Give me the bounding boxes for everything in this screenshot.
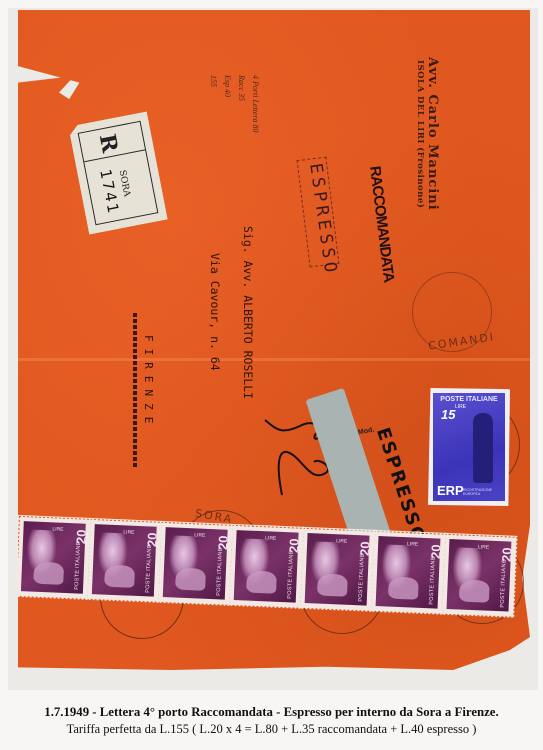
pencil-note: 4 Porti Lettera 80 [248, 75, 262, 133]
stamp-20-lire: LIRE20POSTE ITALIANE [230, 526, 303, 607]
pencil-note: Esp 40 [220, 75, 234, 133]
hand-icon [317, 574, 348, 597]
erp-stamp-brand: ERP [437, 483, 464, 498]
hand-icon [175, 568, 206, 591]
addressee-street: Via Cavour, n. 64 [208, 253, 222, 371]
registration-letter: R [94, 132, 123, 155]
caption-rate: Tariffa perfetta da L.155 ( L.20 x 4 = L… [0, 722, 543, 737]
stamp-issuer: POSTE ITALIANE [358, 553, 366, 602]
sender-address-stamp: ISOLA DEL LIRI (Frosinone) [415, 60, 425, 208]
addressee-name: Sig. Avv. ALBERTO ROSELLI [241, 226, 255, 399]
erp-stamp-value: 15 [441, 407, 455, 422]
stamp-image: LIRE20POSTE ITALIANE [376, 536, 441, 609]
envelope-fold [18, 358, 530, 361]
stamp-issuer: POSTE ITALIANE [74, 541, 82, 590]
hand-icon [459, 579, 490, 602]
addressee-city: FIRENZE [142, 335, 155, 430]
stamp-currency: LIRE [194, 532, 205, 538]
underline-dashes [133, 313, 137, 468]
stamp-20-lire: LIRE20POSTE ITALIANE [88, 520, 161, 601]
erp-stamp-subtitle: RICOSTRUZIONE EUROPEA [463, 488, 505, 496]
pencil-note: 155 [206, 75, 220, 133]
hand-icon [388, 576, 419, 599]
stamp-image: LIRE20POSTE ITALIANE [305, 533, 370, 606]
stamp-image: LIRE20POSTE ITALIANE [92, 524, 157, 597]
stamp-issuer: POSTE ITALIANE [216, 547, 224, 596]
pencil-note: Racc 35 [234, 75, 248, 133]
worker-figure-icon [473, 413, 493, 483]
hand-icon [104, 565, 135, 588]
stamp-issuer: POSTE ITALIANE [287, 550, 295, 599]
stamp-20-lire: LIRE20POSTE ITALIANE [17, 517, 90, 598]
stamp-image: LIRE20POSTE ITALIANE [21, 521, 86, 594]
stamp-image: LIRE20POSTE ITALIANE [447, 539, 512, 612]
stamp-issuer: POSTE ITALIANE [429, 556, 437, 605]
stamp-20-lire: LIRE20POSTE ITALIANE [371, 532, 444, 613]
stamp-currency: LIRE [407, 541, 418, 547]
hand-icon [33, 562, 64, 585]
stamp-image: LIRE20POSTE ITALIANE [163, 527, 228, 600]
stamp-20-lire: LIRE20POSTE ITALIANE [442, 535, 515, 616]
stamp-20-lire: LIRE20POSTE ITALIANE [300, 529, 373, 610]
hand-icon [246, 571, 277, 594]
stamp-currency: LIRE [265, 535, 276, 541]
stamp-issuer: POSTE ITALIANE [500, 559, 508, 608]
pencil-rate-notes: 4 Porti Lettera 80 Racc 35 Esp 40 155 [206, 75, 262, 133]
stamp-currency: LIRE [52, 526, 63, 532]
sender-name-stamp: Avv. Carlo Mancini [425, 57, 440, 211]
stamp-currency: LIRE [123, 529, 134, 535]
stamp-currency: LIRE [336, 538, 347, 544]
stamp-issuer: POSTE ITALIANE [145, 544, 153, 593]
stamp-20-lire: LIRE20POSTE ITALIANE [159, 523, 232, 604]
stamp-currency: LIRE [478, 544, 489, 550]
caption-title: 1.7.1949 - Lettera 4° porto Raccomandata… [0, 705, 543, 720]
erp-stamp-15-lire: POSTE ITALIANE LIRE 15 ERP RICOSTRUZIONE… [428, 388, 510, 506]
stamp-image: LIRE20POSTE ITALIANE [234, 530, 299, 603]
erp-stamp-title: POSTE ITALIANE [433, 396, 505, 403]
erp-stamp-currency: LIRE [455, 404, 466, 410]
